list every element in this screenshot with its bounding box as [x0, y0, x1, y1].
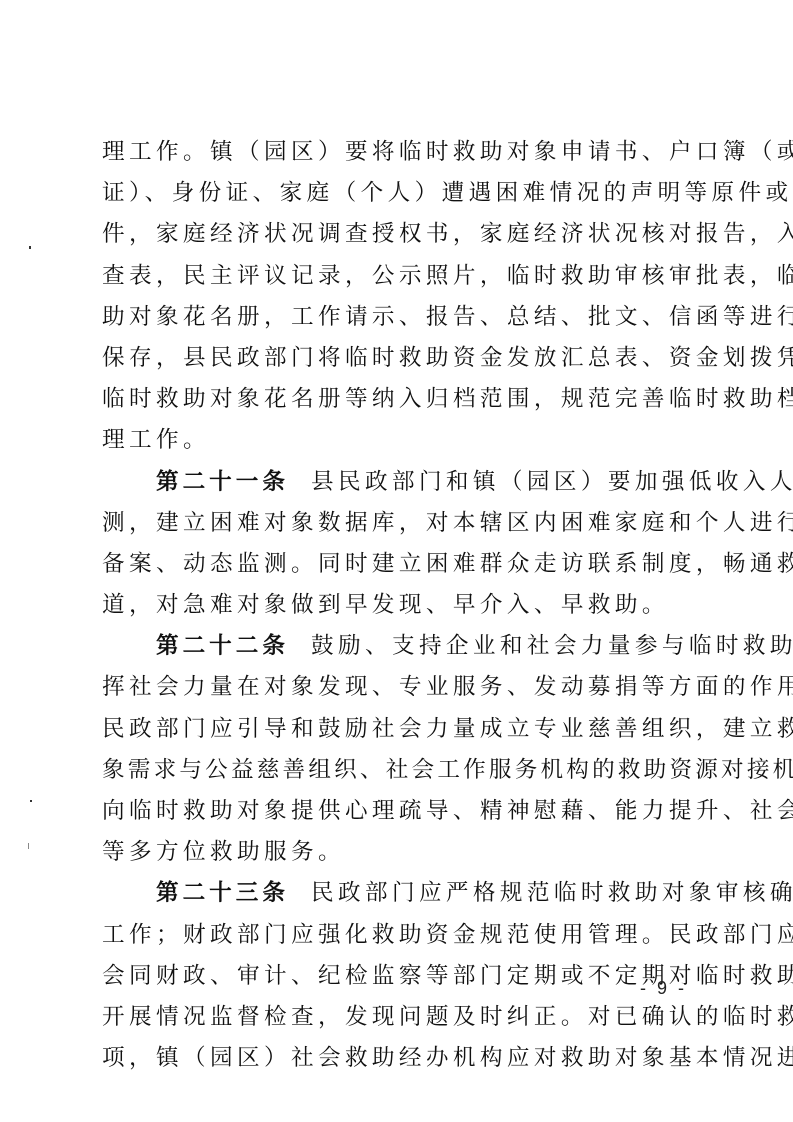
- text-line: 道，对急难对象做到早发现、早介入、早救助。: [102, 585, 706, 626]
- text-line: 象需求与公益慈善组织、社会工作服务机构的救助资源对接机制。: [102, 750, 706, 791]
- article-21: 第二十一条县民政部门和镇（园区）要加强低收入人口监 测，建立困难对象数据库，对本…: [102, 462, 706, 627]
- text-line: 助对象花名册，工作请示、报告、总结、批文、信函等进行归档: [102, 297, 706, 338]
- article-23: 第二十三条民政部门应严格规范临时救助对象审核确认 工作；财政部门应强化救助资金规…: [102, 873, 706, 1079]
- text-line: 开展情况监督检查，发现问题及时纠正。对已确认的临时救助事: [102, 997, 706, 1038]
- text-line: 理工作。镇（园区）要将临时救助对象申请书、户口簿（或居住: [102, 132, 706, 173]
- article-label: 第二十三条: [156, 880, 289, 906]
- text-line: 保存，县民政部门将临时救助资金发放汇总表、资金划拨凭证、: [102, 338, 706, 379]
- text-line: 件，家庭经济状况调查授权书，家庭经济状况核对报告，入户调: [102, 214, 706, 255]
- scan-speck: [29, 246, 31, 249]
- text-line: 等多方位救助服务。: [102, 832, 706, 873]
- text-line: 查表，民主评议记录，公示照片，临时救助审核审批表，临时救: [102, 256, 706, 297]
- text-line: 理工作。: [102, 420, 706, 461]
- text-line: 测，建立困难对象数据库，对本辖区内困难家庭和个人进行登记: [102, 503, 706, 544]
- article-text: 县民政部门和镇（园区）要加强低收入人口监: [311, 469, 793, 495]
- text-line: 证）、身份证、家庭（个人）遭遇困难情况的声明等原件或复印: [102, 173, 706, 214]
- article-first-line: 第二十一条县民政部门和镇（园区）要加强低收入人口监: [102, 462, 706, 503]
- text-line: 工作；财政部门应强化救助资金规范使用管理。民政部门应积极: [102, 915, 706, 956]
- text-line: 项，镇（园区）社会救助经办机构应对救助对象基本情况进行定: [102, 1038, 706, 1079]
- article-first-line: 第二十二条鼓励、支持企业和社会力量参与临时救助，发: [102, 626, 706, 667]
- scan-speck: [28, 843, 29, 849]
- text-line: 备案、动态监测。同时建立困难群众走访联系制度，畅通救助渠: [102, 544, 706, 585]
- body-text: 理工作。镇（园区）要将临时救助对象申请书、户口簿（或居住 证）、身份证、家庭（个…: [102, 132, 706, 1079]
- page-number: - 9 -: [640, 978, 687, 999]
- text-line: 会同财政、审计、纪检监察等部门定期或不定期对临时救助工作: [102, 956, 706, 997]
- text-line: 向临时救助对象提供心理疏导、精神慰藉、能力提升、社会融入: [102, 791, 706, 832]
- article-label: 第二十一条: [156, 469, 289, 495]
- article-text: 鼓励、支持企业和社会力量参与临时救助，发: [311, 633, 793, 659]
- text-line: 临时救助对象花名册等纳入归档范围，规范完善临时救助档案管: [102, 379, 706, 420]
- article-label: 第二十二条: [156, 633, 289, 659]
- article-first-line: 第二十三条民政部门应严格规范临时救助对象审核确认: [102, 873, 706, 914]
- article-text: 民政部门应严格规范临时救助对象审核确认: [311, 880, 793, 906]
- article-22: 第二十二条鼓励、支持企业和社会力量参与临时救助，发 挥社会力量在对象发现、专业服…: [102, 626, 706, 873]
- text-line: 挥社会力量在对象发现、专业服务、发动募捐等方面的作用。县: [102, 667, 706, 708]
- document-page: 理工作。镇（园区）要将临时救助对象申请书、户口簿（或居住 证）、身份证、家庭（个…: [0, 0, 793, 1122]
- scan-speck: [30, 800, 32, 802]
- paragraph-continuation: 理工作。镇（园区）要将临时救助对象申请书、户口簿（或居住 证）、身份证、家庭（个…: [102, 132, 706, 462]
- text-line: 民政部门应引导和鼓励社会力量成立专业慈善组织，建立救助对: [102, 709, 706, 750]
